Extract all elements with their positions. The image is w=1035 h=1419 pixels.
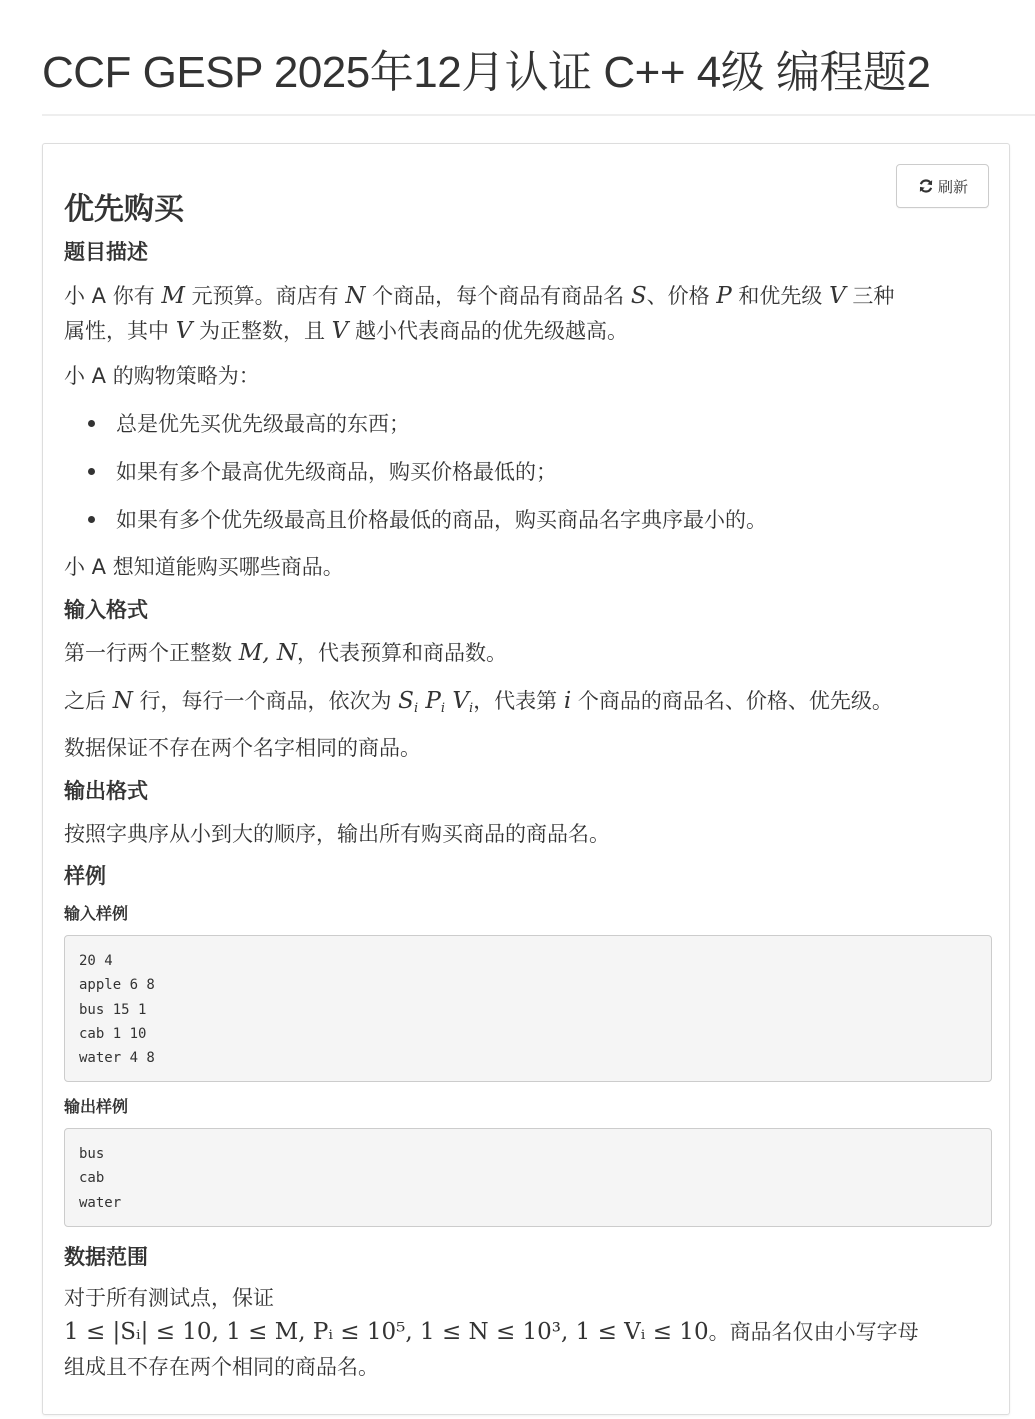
input-format-line-2: 之后 N 行，每行一个商品，依次为 Si Pi Vi，代表第 i 个商品的商品名… [64, 684, 893, 726]
refresh-icon [917, 177, 935, 195]
description-line-2: 属性，其中 V 为正整数，且 V 越小代表商品的优先级越高。 [64, 314, 628, 349]
constraints-intro: 对于所有测试点，保证 [64, 1281, 274, 1316]
samples-heading: 样例 [64, 860, 106, 890]
page-header: CCF GESP 2025年12月认证 C++ 4级 编程题2 [42, 0, 1035, 116]
sample-input-label: 输入样例 [64, 901, 128, 924]
description-heading: 题目描述 [64, 236, 148, 266]
problem-title: 优先购买 [64, 184, 184, 228]
strategy-intro: 小 A 的购物策略为： [64, 359, 260, 394]
refresh-label: 刷新 [938, 176, 968, 197]
input-format-heading: 输入格式 [64, 594, 148, 624]
constraints-formula: 1 ≤ |Sᵢ| ≤ 10, 1 ≤ M, Pᵢ ≤ 10⁵, 1 ≤ N ≤ … [64, 1319, 709, 1345]
description-line-1: 小 A 你有 M 元预算。商店有 N 个商品，每个商品有商品名 S、价格 P 和… [64, 279, 894, 314]
constraints-line-2: 组成且不存在两个相同的商品名。 [64, 1350, 379, 1385]
constraints-heading: 数据范围 [64, 1241, 148, 1271]
constraints-formula-line: 1 ≤ |Sᵢ| ≤ 10, 1 ≤ M, Pᵢ ≤ 10⁵, 1 ≤ N ≤ … [64, 1315, 919, 1350]
refresh-button[interactable]: 刷新 [896, 164, 989, 208]
sample-output-label: 输出样例 [64, 1094, 128, 1117]
problem-panel: 刷新 优先购买 题目描述 小 A 你有 M 元预算。商店有 N 个商品，每个商品… [42, 143, 1010, 1415]
page-title: CCF GESP 2025年12月认证 C++ 4级 编程题2 [42, 36, 930, 100]
input-format-line-1: 第一行两个正整数 M, N，代表预算和商品数。 [64, 636, 507, 671]
output-format-heading: 输出格式 [64, 775, 148, 805]
sample-input-block[interactable]: 20 4 apple 6 8 bus 15 1 cab 1 10 water 4… [64, 935, 992, 1082]
bullet-icon [88, 516, 95, 523]
sample-output-block[interactable]: bus cab water [64, 1128, 992, 1227]
description-goal: 小 A 想知道能购买哪些商品。 [64, 550, 344, 585]
input-format-line-3: 数据保证不存在两个名字相同的商品。 [64, 731, 421, 766]
bullet-icon [88, 420, 95, 427]
output-format-text: 按照字典序从小到大的顺序，输出所有购买商品的商品名。 [64, 817, 610, 852]
bullet-icon [88, 468, 95, 475]
